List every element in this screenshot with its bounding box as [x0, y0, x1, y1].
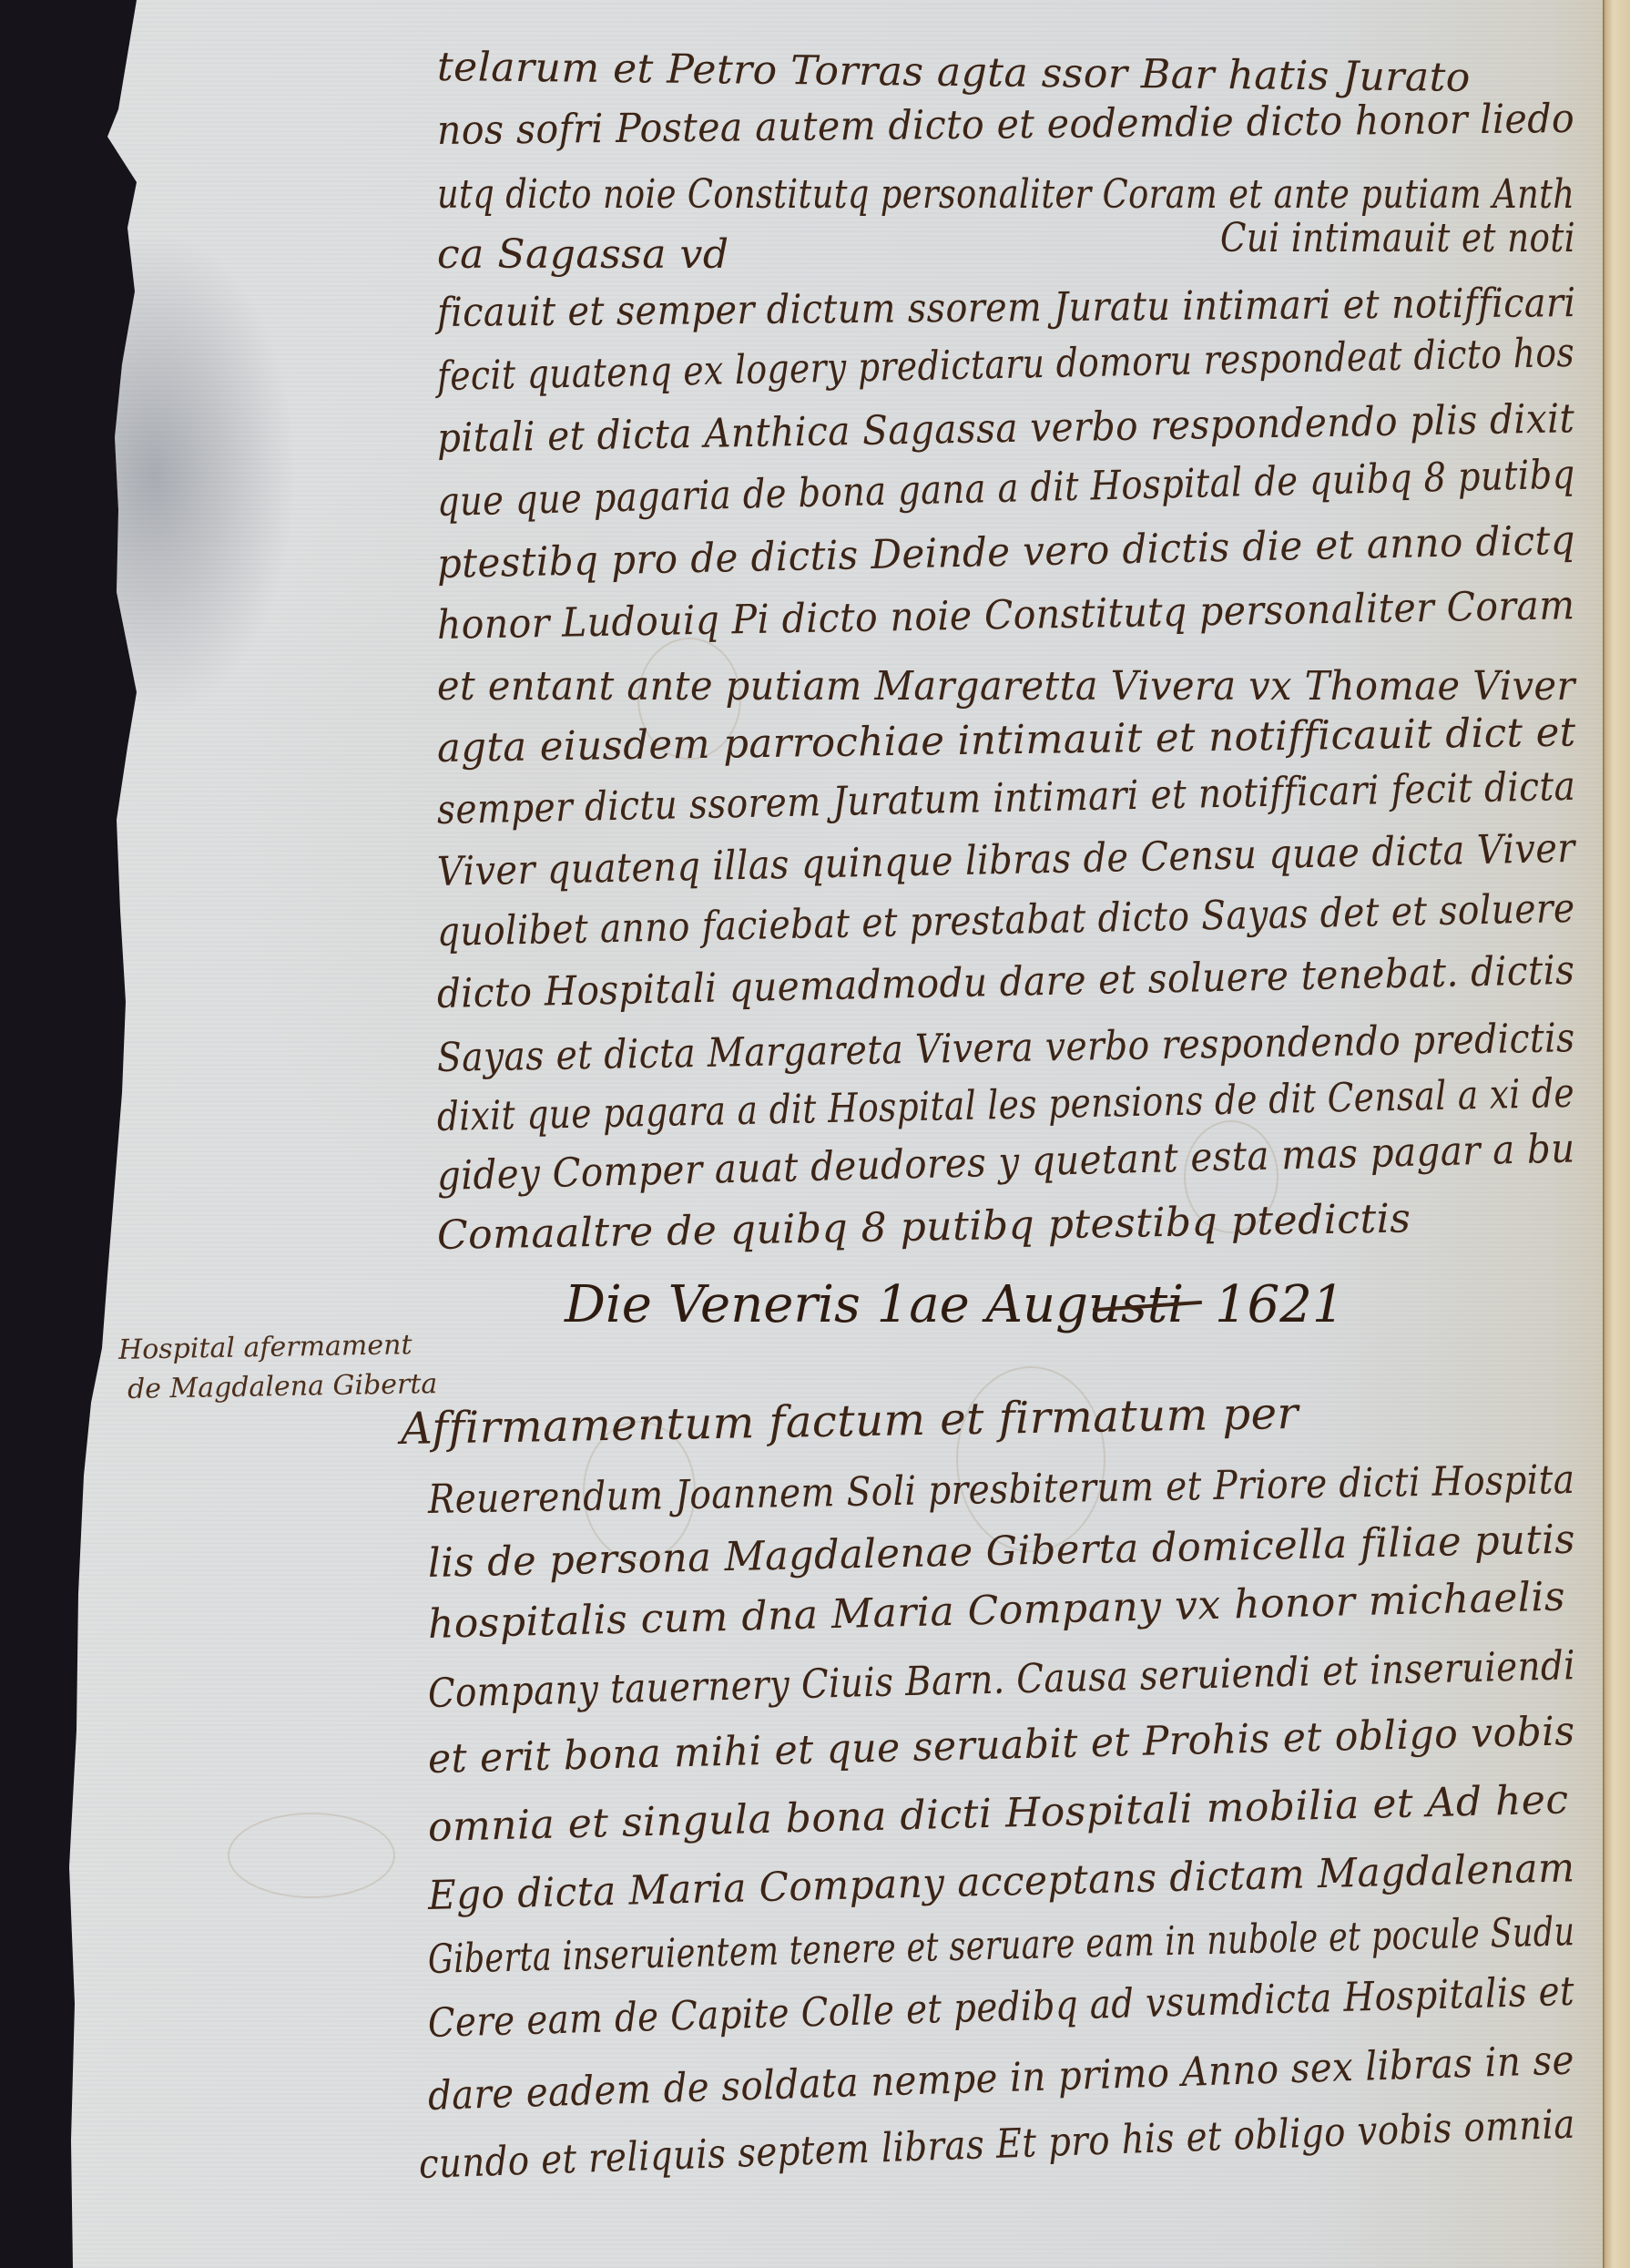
manuscript-line: utq dicto noie Constitutq personaliter C…	[437, 175, 1574, 215]
date-heading: Die Veneris 1ae Augusti 1621	[565, 1275, 1344, 1334]
manuscript-line: ca Sagassa vd	[437, 235, 729, 275]
date-heading-year: 1621	[1215, 1275, 1345, 1334]
manuscript-line: et entant ante putiam Margaretta Vivera …	[437, 667, 1575, 707]
manuscript-scan: telarum et Petro Torras agta ssor Bar ha…	[0, 0, 1630, 2268]
margin-note-line: de Magdalena Giberta	[127, 1368, 438, 1405]
margin-note-line: Hospital afermament	[118, 1329, 413, 1366]
ink-bleed-through	[228, 1813, 395, 1898]
manuscript-line: Cui intimauit et noti	[1220, 219, 1575, 259]
manuscript-line: ficauit et semper dictum ssorem Juratu i…	[437, 283, 1576, 333]
book-binding-edge	[1603, 0, 1630, 2268]
manuscript-line: telarum et Petro Torras agta ssor Bar ha…	[437, 47, 1471, 98]
manuscript-line: nos sofri Postea autem dicto et eodemdie…	[437, 99, 1575, 151]
date-heading-text: Die Veneris 1ae Augusti	[565, 1275, 1184, 1334]
